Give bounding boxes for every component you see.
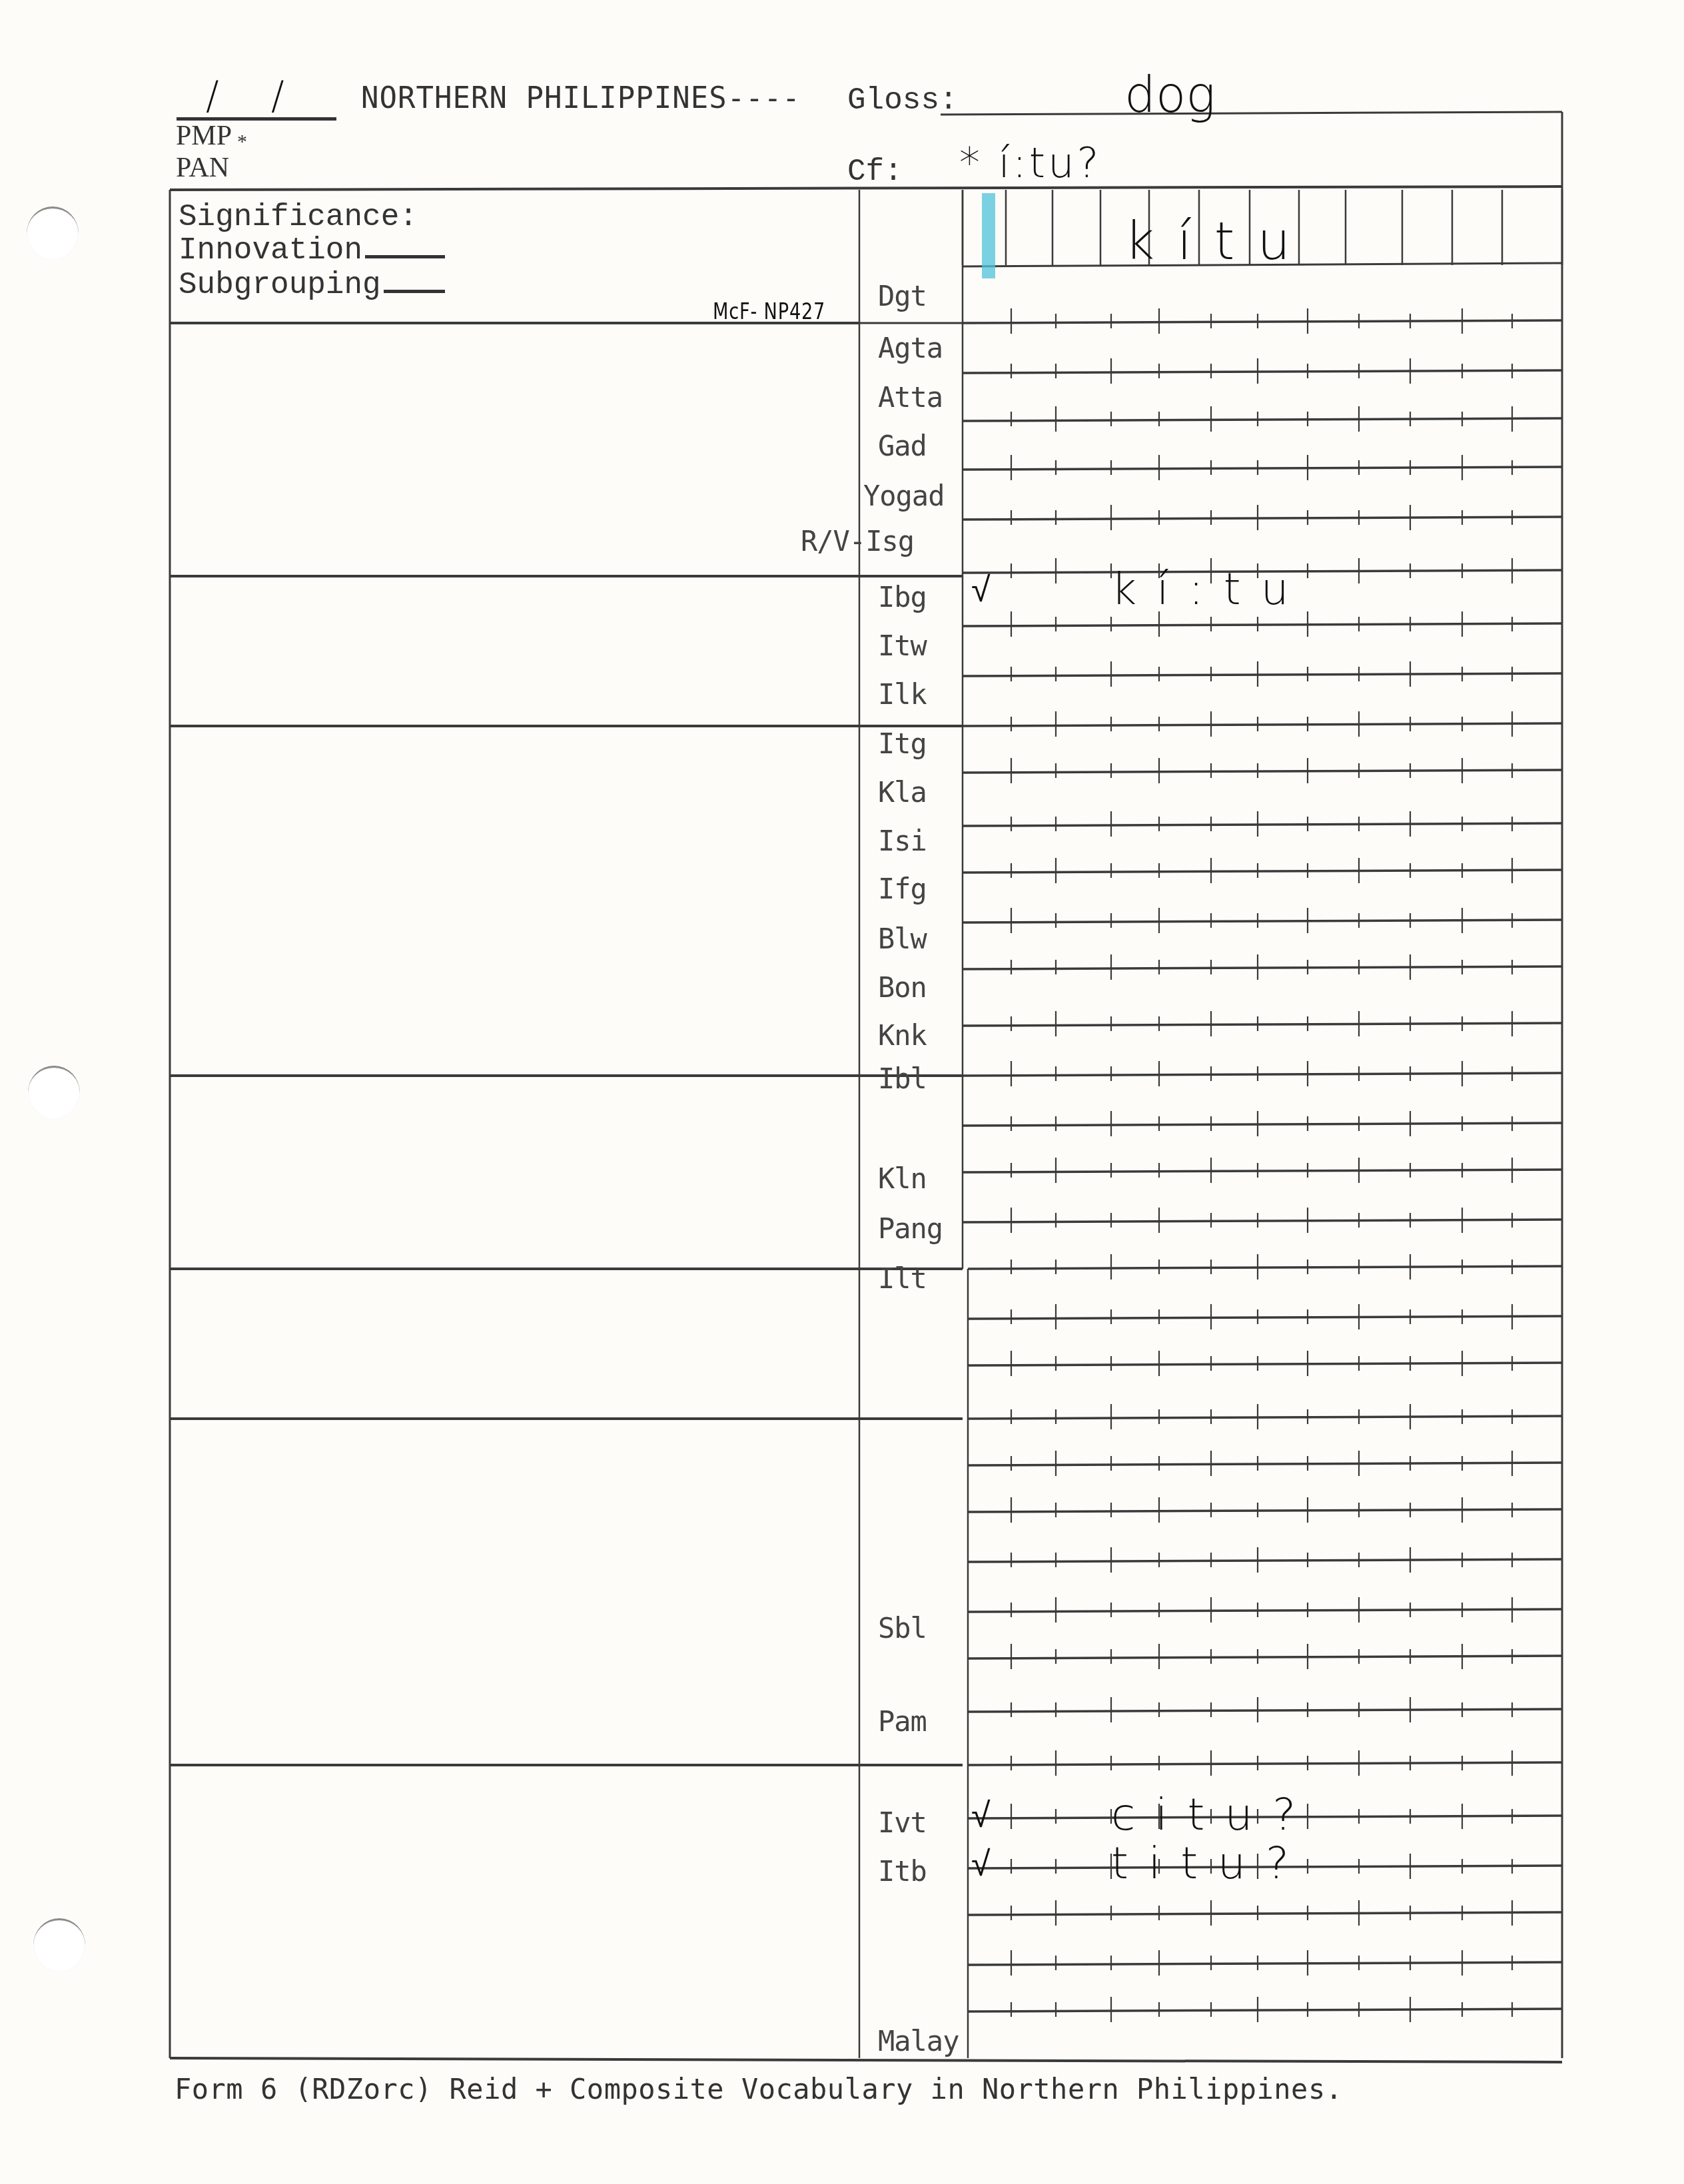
language-label-itb: Itb	[878, 1855, 927, 1888]
gloss-value[interactable]: dog	[1124, 67, 1216, 124]
cf-label: Cf:	[847, 155, 903, 189]
language-label-ilk: Ilk	[878, 678, 927, 711]
language-label-agta: Agta	[878, 332, 943, 364]
check-mark-icon: √	[971, 1796, 991, 1836]
cognate-form-ivt[interactable]: citu?	[1111, 1789, 1316, 1840]
pmp-label: PMP	[176, 120, 232, 152]
subgrouping-blank[interactable]	[384, 290, 445, 293]
language-label-atta: Atta	[878, 381, 943, 414]
innovation-blank[interactable]	[365, 255, 445, 258]
language-label-ivt: Ivt	[878, 1806, 927, 1839]
check-mark-icon: √	[971, 570, 991, 610]
pmp-star: *	[237, 131, 247, 153]
language-label-kla: Kla	[878, 776, 927, 809]
language-label-ilt: Ilt	[878, 1262, 927, 1295]
innovation-label: Innovation	[179, 233, 445, 268]
form-ruling	[0, 0, 1684, 2184]
language-label-itg: Itg	[878, 727, 927, 760]
cognate-form-ibg[interactable]: kí:tu	[1111, 563, 1309, 615]
language-label-pam: Pam	[878, 1705, 927, 1738]
language-label-ibl: Ibl	[878, 1062, 927, 1095]
language-label-yogad: Yogad	[863, 480, 944, 512]
cf-value[interactable]: * í:tu?	[959, 139, 1101, 187]
language-label-malay: Malay	[878, 2025, 959, 2057]
language-label-ibg: Ibg	[878, 581, 927, 613]
language-label-kln: Kln	[878, 1162, 927, 1195]
language-label-sbl: Sbl	[878, 1612, 927, 1644]
subgrouping-text: Subgrouping	[179, 268, 381, 302]
language-label-pang: Pang	[878, 1212, 943, 1245]
reference-code: McF- NP427	[713, 298, 825, 325]
language-label-itw: Itw	[878, 629, 927, 662]
language-label-ifg: Ifg	[878, 873, 927, 905]
gloss-label: Gloss:	[847, 83, 958, 118]
segment-grid-form[interactable]: kítu	[1124, 212, 1313, 272]
language-label-blw: Blw	[878, 922, 927, 955]
date-field[interactable]: / /	[177, 73, 336, 121]
segment-highlight	[982, 193, 995, 278]
language-label-knk: Knk	[878, 1019, 927, 1052]
pan-label: PAN	[176, 152, 229, 184]
form-footer: Form 6 (RDZorc) Reid + Composite Vocabul…	[175, 2073, 1342, 2105]
significance-heading: Significance:	[179, 200, 418, 234]
language-label-dgt: Dgt	[878, 280, 927, 312]
language-label-r-v-isg: R/V-Isg	[801, 525, 914, 557]
language-label-gad: Gad	[878, 430, 927, 462]
innovation-text: Innovation	[179, 233, 362, 268]
cognate-form-itb[interactable]: titu?	[1111, 1838, 1309, 1889]
subgrouping-label: Subgrouping	[179, 268, 445, 302]
language-label-isi: Isi	[878, 825, 927, 857]
form-title: NORTHERN PHILIPPINES----	[361, 81, 801, 115]
check-mark-icon: √	[971, 1844, 991, 1884]
language-label-bon: Bon	[878, 971, 927, 1004]
